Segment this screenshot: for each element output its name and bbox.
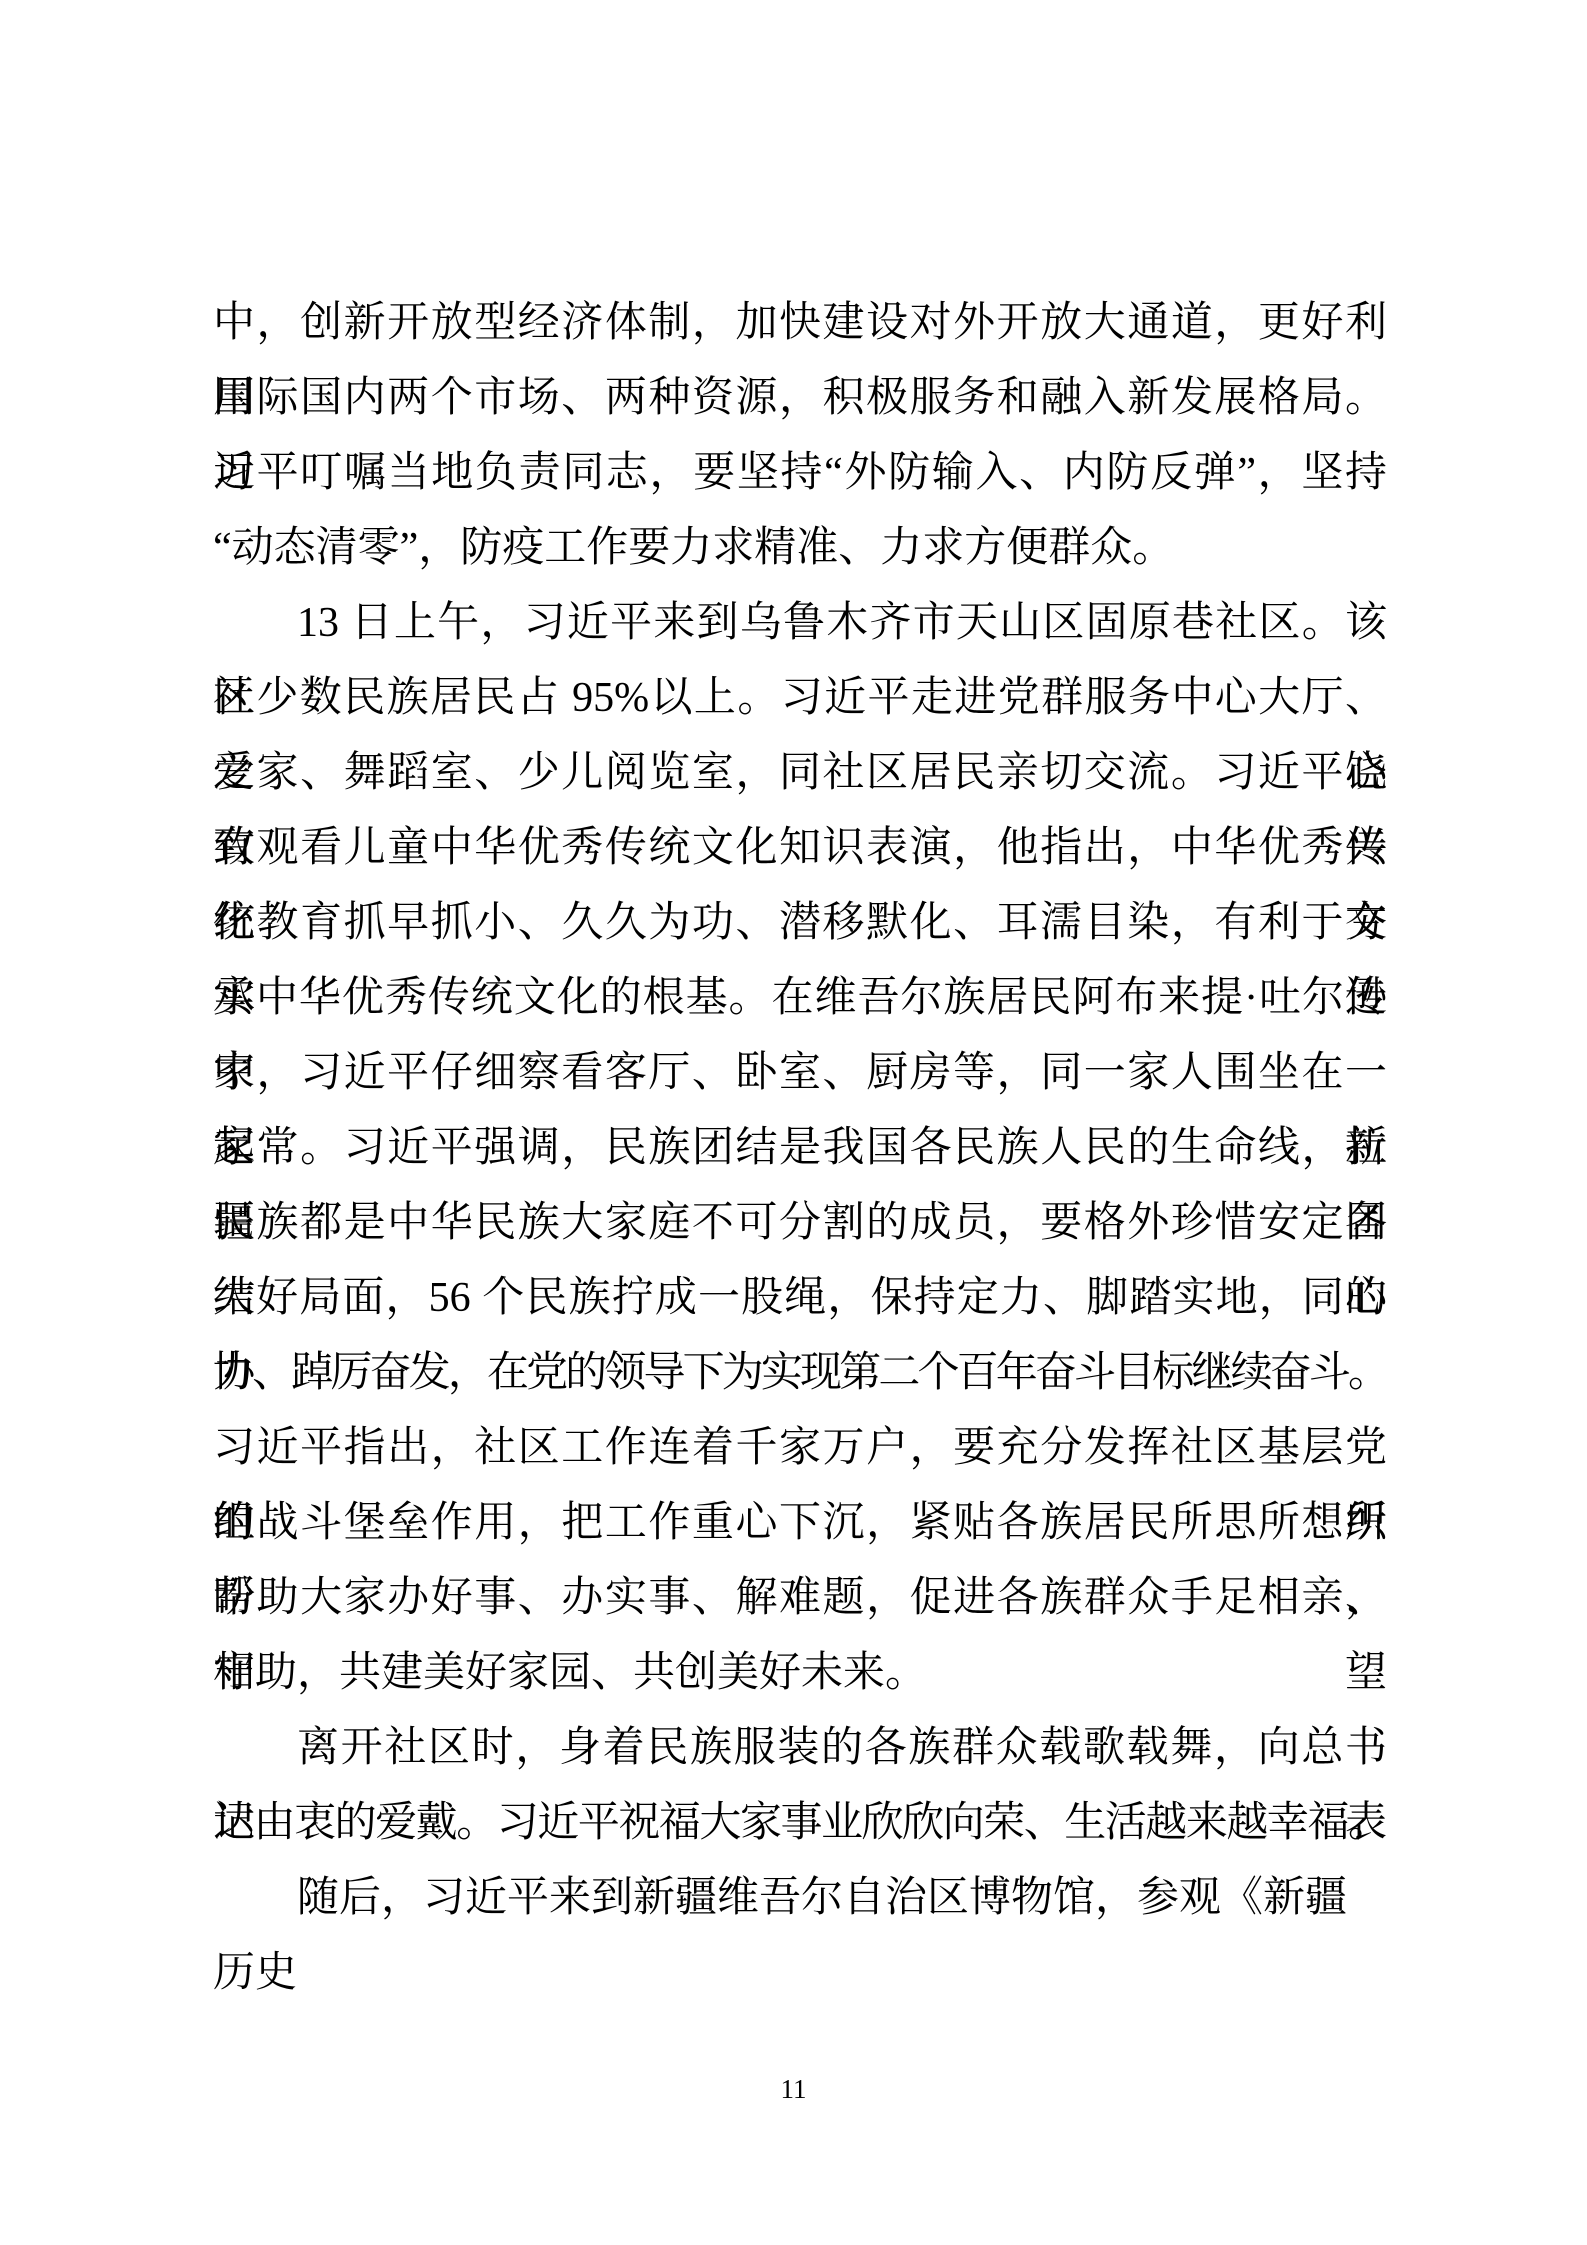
text-line: 中，创新开放型经济体制，加快建设对外开放大通道，更好利用 — [213, 286, 1387, 361]
text-line: 化教育抓早抓小、久久为功、潜移默化、耳濡目染，有利于夯实传 — [213, 886, 1387, 961]
text-line: 离开社区时，身着民族服装的各族群众载歌载舞，向总书记表 — [213, 1711, 1387, 1786]
body-text: 中，创新开放型经济体制，加快建设对外开放大通道，更好利用 国际国内两个市场、两种… — [213, 286, 1387, 1936]
text-line: 随后，习近平来到新疆维吾尔自治区博物馆，参观《新疆历史 — [213, 1861, 1387, 1936]
text-line: 大好局面，56 个民族拧成一股绳，保持定力、脚踏实地，同心协 — [213, 1261, 1387, 1336]
text-line: 家常。习近平强调，民族团结是我国各民族人民的生命线，新疆各 — [213, 1111, 1387, 1186]
text-line: 的战斗堡垒作用，把工作重心下沉，紧贴各族居民所思所想所盼， — [213, 1486, 1387, 1561]
text-line: 国际国内两个市场、两种资源，积极服务和融入新发展格局。习 — [213, 361, 1387, 436]
text-line: 之家、舞蹈室、少儿阅览室，同社区居民亲切交流。习近平饶有兴 — [213, 736, 1387, 811]
text-line: “动态清零”，防疫工作要力求精准、力求方便群众。 — [213, 511, 1387, 586]
text-line: 13 日上午，习近平来到乌鲁木齐市天山区固原巷社区。该社 — [213, 586, 1387, 661]
text-line: 中，习近平仔细察看客厅、卧室、厨房等，同一家人围坐在一起拉 — [213, 1036, 1387, 1111]
text-line: 承中华优秀传统文化的根基。在维吾尔族居民阿布来提·吐尔逊家 — [213, 961, 1387, 1036]
text-line: 帮助大家办好事、办实事、解难题，促进各族群众手足相亲、守望 — [213, 1561, 1387, 1636]
text-line: 习近平指出，社区工作连着千家万户，要充分发挥社区基层党组织 — [213, 1411, 1387, 1486]
page-number: 11 — [0, 2072, 1587, 2106]
text-line: 达由衷的爱戴。习近平祝福大家事业欣欣向荣、生活越来越幸福。 — [213, 1786, 1387, 1861]
document-page: 中，创新开放型经济体制，加快建设对外开放大通道，更好利用 国际国内两个市场、两种… — [0, 0, 1587, 2245]
text-line: 力、踔厉奋发，在党的领导下为实现第二个百年奋斗目标继续奋斗。 — [213, 1336, 1387, 1411]
text-line: 民族都是中华民族大家庭不可分割的成员，要格外珍惜安定团结的 — [213, 1186, 1387, 1261]
text-line: 近平叮嘱当地负责同志，要坚持“外防输入、内防反弹”，坚持 — [213, 436, 1387, 511]
text-line: 区少数民族居民占 95%以上。习近平走进党群服务中心大厅、爱心 — [213, 661, 1387, 736]
text-line: 致观看儿童中华优秀传统文化知识表演，他指出，中华优秀传统文 — [213, 811, 1387, 886]
